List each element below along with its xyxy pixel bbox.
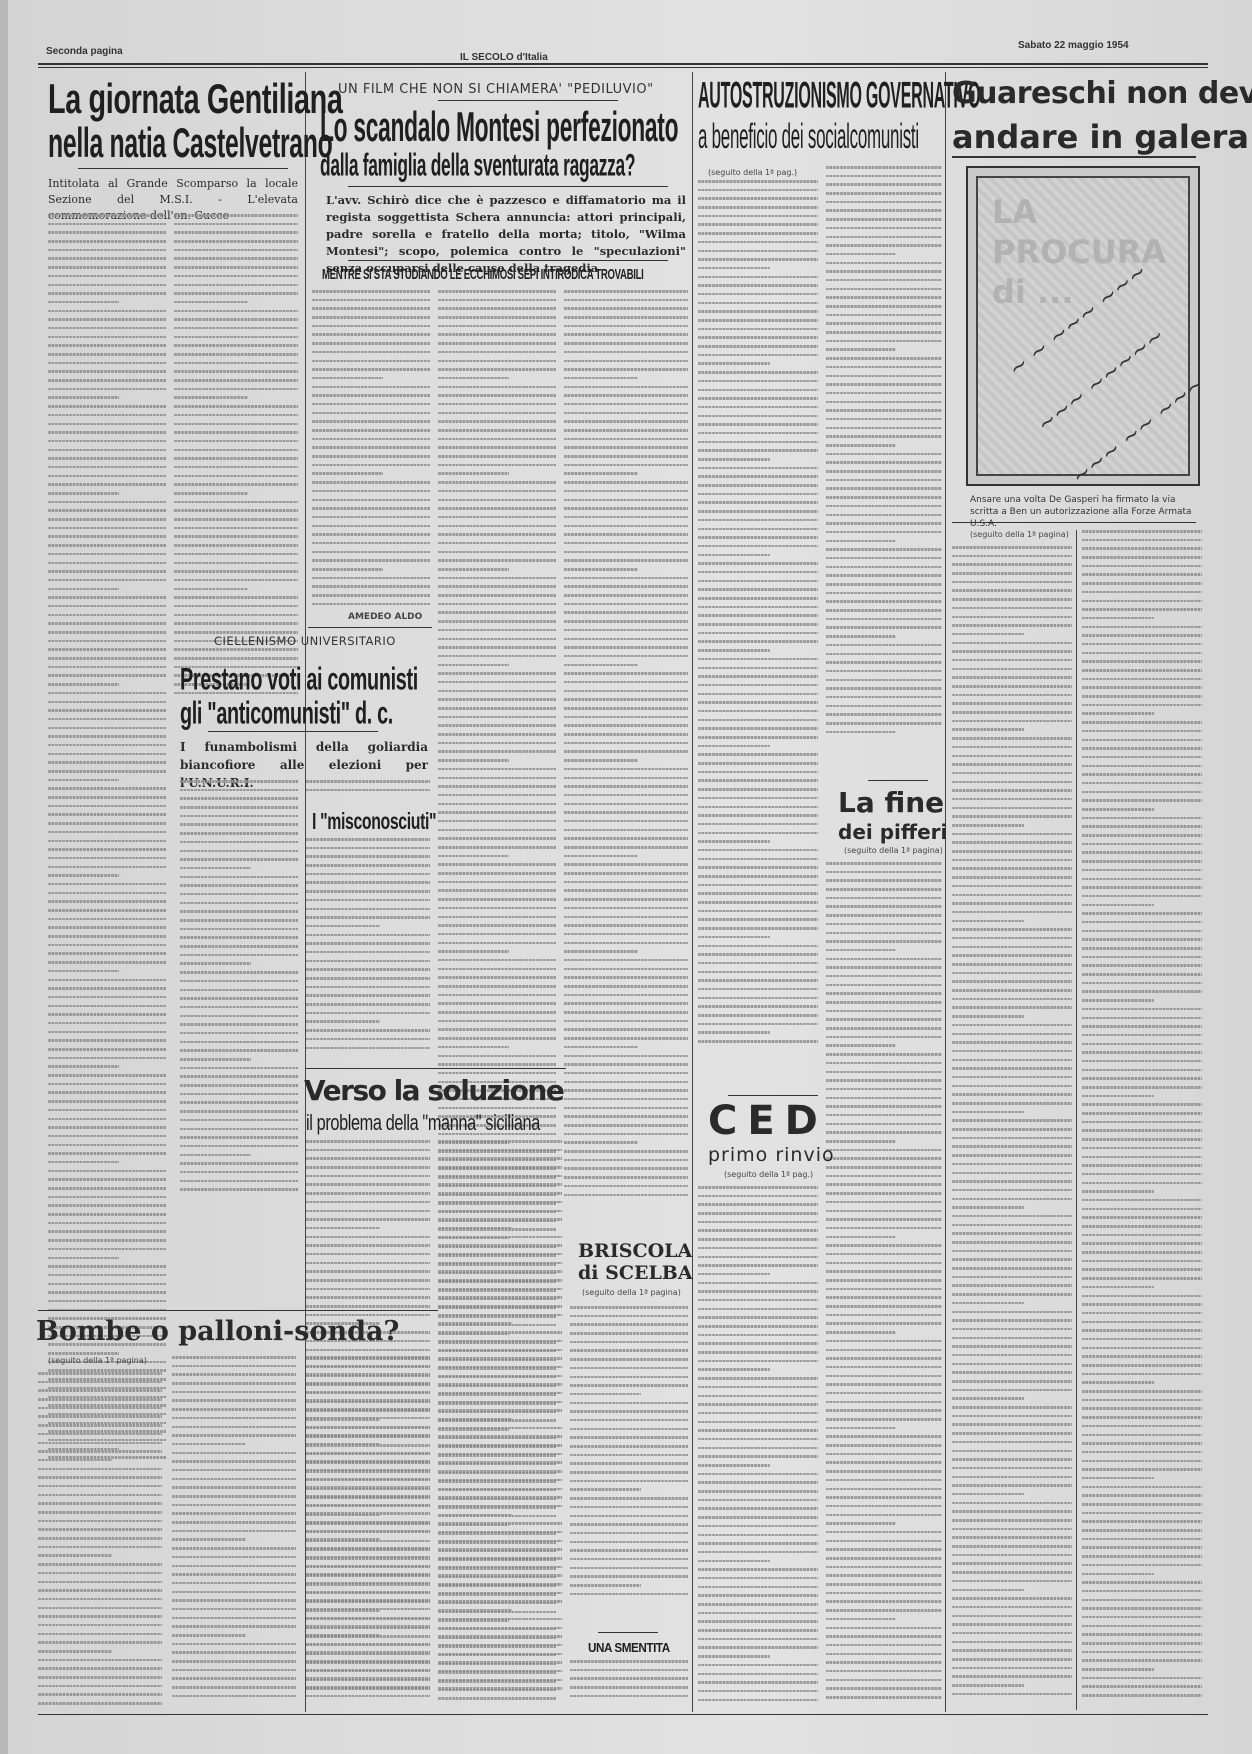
body-text-line (826, 444, 896, 447)
body-text-line (180, 789, 298, 792)
body-text-line (306, 1020, 380, 1023)
body-text-line (438, 1435, 562, 1438)
body-text-line (38, 1650, 112, 1653)
body-text-line (698, 588, 818, 591)
misconosciuti-body (306, 838, 430, 1058)
body-text-line (38, 1502, 162, 1505)
body-text-line (952, 1093, 1072, 1096)
body-text-line (826, 1010, 942, 1013)
body-text-line (570, 1462, 688, 1465)
body-text-line (570, 1402, 688, 1405)
body-text-line (48, 1213, 166, 1216)
body-text-line (1082, 1199, 1202, 1202)
body-text-line (952, 1258, 1072, 1261)
body-text-line (438, 1107, 556, 1110)
body-text-line (312, 577, 430, 580)
body-text-line (1082, 652, 1202, 655)
body-text-line (48, 848, 166, 851)
body-text-line (570, 1488, 641, 1491)
body-text-line (952, 937, 1072, 940)
body-text-line (1082, 1494, 1202, 1497)
body-text-line (306, 1296, 430, 1299)
body-text-line (438, 1461, 562, 1464)
body-text-line (826, 1627, 942, 1630)
body-text-line (698, 606, 818, 609)
body-text-line (172, 1695, 296, 1698)
divider (38, 1310, 438, 1311)
body-text-line (570, 1471, 688, 1474)
body-text-line (826, 1392, 942, 1395)
body-text-line (38, 1693, 162, 1696)
body-text-line (48, 1031, 166, 1034)
body-text-line (172, 1504, 296, 1507)
body-text-line (438, 1210, 562, 1213)
body-text-line (952, 1510, 1072, 1513)
body-text-line (306, 789, 430, 792)
body-text-line (952, 1154, 1072, 1157)
body-text-line (438, 1063, 556, 1066)
body-text-line (438, 777, 556, 780)
body-text-line (180, 1006, 298, 1009)
body-text-line (306, 916, 430, 919)
body-text-line (180, 1154, 251, 1157)
body-text-line (1082, 904, 1154, 907)
body-text-line (570, 1593, 688, 1596)
body-text-line (174, 579, 298, 582)
body-text-line (438, 472, 509, 475)
body-text-line (438, 698, 556, 701)
body-text-line (438, 464, 556, 467)
body-text-line (826, 1340, 942, 1343)
body-text-line (952, 1458, 1072, 1461)
body-text-line (48, 1091, 166, 1094)
body-text-line (172, 1556, 296, 1559)
body-text-line (826, 1435, 942, 1438)
body-text-line (826, 1201, 942, 1204)
body-text-line (1082, 1347, 1202, 1350)
body-text-line (172, 1356, 296, 1359)
body-text-line (564, 551, 688, 554)
body-text-line (826, 1071, 942, 1074)
body-text-line (172, 1608, 296, 1611)
body-text-line (570, 1506, 688, 1509)
body-text-line (438, 1270, 562, 1273)
body-text-line (564, 707, 688, 710)
body-text-line (306, 1003, 430, 1006)
body-text-line (438, 1253, 562, 1256)
body-text-line (952, 616, 1072, 619)
body-text-line (1082, 1616, 1202, 1619)
body-text-line (570, 1532, 688, 1535)
body-text-line (952, 1215, 1072, 1218)
body-text-line (38, 1468, 162, 1471)
body-text-line (306, 1012, 430, 1015)
body-text-line (38, 1407, 162, 1410)
body-text-line (564, 933, 688, 936)
body-text-line (564, 377, 638, 380)
body-text-line (1082, 1486, 1202, 1489)
body-text-line (306, 1521, 430, 1524)
body-text-line (438, 1349, 562, 1352)
body-text-line (826, 1548, 942, 1551)
body-text-line (48, 900, 166, 903)
body-text-line (48, 475, 166, 478)
body-text-line (48, 1126, 166, 1129)
body-text-line (564, 872, 688, 875)
body-text-line (570, 1497, 688, 1500)
body-text-line (564, 1020, 688, 1023)
body-text-line (38, 1537, 162, 1540)
body-text-line (826, 270, 942, 273)
body-text-line (1082, 1399, 1202, 1402)
body-text-line (48, 214, 166, 217)
body-text-line (48, 614, 166, 617)
body-text-line (38, 1415, 162, 1418)
body-text-line (438, 1661, 562, 1664)
body-text-line (826, 1401, 942, 1404)
body-text-line (172, 1669, 296, 1672)
body-text-line (564, 1046, 638, 1049)
body-text-line (826, 618, 942, 621)
body-text-line (306, 864, 430, 867)
body-text-line (48, 379, 166, 382)
body-text-line (826, 1418, 942, 1421)
body-text-line (952, 1276, 1072, 1279)
body-text-line (698, 449, 818, 452)
body-text-line (952, 755, 1072, 758)
body-text-line (826, 897, 942, 900)
body-text-line (48, 431, 166, 434)
body-text-line (564, 1055, 688, 1058)
body-text-line (1082, 573, 1202, 576)
body-text-line (564, 994, 688, 997)
body-text-line (698, 693, 818, 696)
body-text-line (570, 1669, 688, 1672)
body-text-line (698, 771, 818, 774)
body-text-line (180, 1180, 298, 1183)
body-text-line (826, 505, 942, 508)
body-text-line (826, 1531, 942, 1534)
body-text-line (48, 231, 166, 234)
body-text-line (438, 690, 556, 693)
body-text-line (174, 336, 298, 339)
body-text-line (1082, 869, 1202, 872)
body-text-line (48, 666, 166, 669)
body-text-line (698, 580, 818, 583)
body-text-line (180, 1188, 298, 1191)
fine-pifferi-headline-1: La fine (838, 786, 944, 819)
body-text-line (698, 945, 818, 948)
body-text-line (826, 1314, 942, 1317)
body-text-line (564, 942, 688, 945)
body-text-line (570, 1445, 688, 1448)
body-text-line (306, 1478, 430, 1481)
body-text-line (174, 257, 298, 260)
body-text-line (38, 1398, 162, 1401)
body-text-line (826, 1157, 942, 1160)
body-text-line (952, 1293, 1072, 1296)
body-text-line (564, 542, 688, 545)
body-text-line (48, 709, 166, 712)
body-text-line (438, 559, 556, 562)
body-text-line (826, 1114, 942, 1117)
body-text-line (1082, 704, 1202, 707)
body-text-line (1082, 1251, 1202, 1254)
body-text-line (826, 1687, 942, 1690)
body-text-line (438, 1028, 556, 1031)
body-text-line (180, 867, 251, 870)
body-text-line (306, 1356, 430, 1359)
body-text-line (698, 293, 818, 296)
body-text-line (826, 201, 942, 204)
body-text-line (826, 592, 942, 595)
body-text-line (1082, 886, 1202, 889)
column-divider (1076, 530, 1077, 1710)
body-text-line (698, 1014, 818, 1017)
body-text-line (312, 603, 430, 606)
body-text-line (826, 288, 942, 291)
body-text-line (1082, 1373, 1202, 1376)
body-text-line (826, 1592, 942, 1595)
body-text-line (952, 1597, 1072, 1600)
photo-frame: LA PROCURA di ... ~ ~ ~~~ ~~~ ~~~ ~~~~~ … (976, 176, 1190, 476)
body-text-line (952, 650, 1072, 653)
body-text-line (564, 472, 638, 475)
body-text-line (48, 648, 166, 651)
body-text-line (826, 713, 942, 716)
body-text-line (826, 453, 942, 456)
body-text-line (698, 189, 818, 192)
body-text-line (698, 1542, 818, 1545)
body-text-line (48, 718, 166, 721)
body-text-line (174, 614, 298, 617)
body-text-line (952, 668, 1072, 671)
body-text-line (48, 605, 166, 608)
body-text-line (438, 681, 556, 684)
body-text-line (48, 1039, 166, 1042)
body-text-line (180, 1162, 298, 1165)
body-text-line (952, 867, 1072, 870)
body-text-line (698, 362, 770, 365)
montesi-body-col3 (564, 290, 688, 1210)
body-text-line (312, 342, 430, 345)
body-text-line (48, 501, 166, 504)
bombe-headline: Bombe o palloni-sonda? (36, 1316, 399, 1347)
body-text-line (38, 1511, 162, 1514)
body-text-line (180, 1049, 298, 1052)
body-text-line (826, 670, 942, 673)
body-text-line (48, 640, 166, 643)
body-text-line (38, 1450, 162, 1453)
body-text-line (1082, 1025, 1202, 1028)
body-text-line (48, 449, 166, 452)
body-text-line (826, 949, 896, 952)
body-text-line (48, 918, 166, 921)
body-text-line (438, 976, 556, 979)
body-text-line (698, 684, 818, 687)
body-text-line (48, 353, 166, 356)
body-text-line (1082, 1364, 1202, 1367)
body-text-line (698, 223, 818, 226)
body-text-line (564, 1037, 688, 1040)
body-text-line (174, 449, 298, 452)
body-text-line (48, 1161, 119, 1164)
body-text-line (698, 441, 818, 444)
body-text-line (564, 507, 688, 510)
body-text-line (952, 1658, 1072, 1661)
fine-pifferi-continued: (seguito della 1ª pagina) (844, 846, 943, 855)
body-text-line (570, 1410, 688, 1413)
body-text-line (180, 1128, 298, 1131)
body-text-line (698, 1638, 818, 1641)
body-text-line (826, 992, 942, 995)
body-text-line (180, 945, 298, 948)
body-text-line (48, 1204, 166, 1207)
body-text-line (826, 1166, 942, 1169)
body-text-line (438, 1444, 562, 1447)
body-text-line (174, 388, 298, 391)
body-text-line (952, 1284, 1072, 1287)
body-text-line (952, 902, 1072, 905)
body-text-line (306, 1166, 430, 1169)
body-text-line (1082, 999, 1154, 1002)
body-text-line (826, 635, 896, 638)
body-text-line (564, 638, 688, 641)
body-text-line (564, 1063, 688, 1066)
body-text-line (952, 998, 1072, 1001)
body-text-line (826, 1470, 942, 1473)
body-text-line (564, 716, 688, 719)
body-text-line (180, 806, 298, 809)
body-text-line (826, 871, 942, 874)
body-text-line (312, 490, 430, 493)
body-text-line (698, 727, 818, 730)
body-text-line (564, 499, 688, 502)
body-text-line (564, 829, 688, 832)
body-text-line (1082, 921, 1202, 924)
body-text-line (564, 577, 688, 580)
body-text-line (826, 1427, 896, 1430)
body-text-line (174, 405, 298, 408)
body-text-line (438, 516, 556, 519)
body-text-line (48, 1300, 166, 1303)
body-text-line (1082, 547, 1202, 550)
body-text-line (172, 1365, 296, 1368)
body-text-line (180, 841, 298, 844)
body-text-line (952, 954, 1072, 957)
body-text-line (38, 1424, 162, 1427)
body-text-line (48, 631, 166, 634)
body-text-line (698, 866, 818, 869)
body-text-line (438, 811, 556, 814)
body-text-line (438, 672, 556, 675)
body-text-line (952, 928, 1072, 931)
montesi-subhead: MENTRE SI STA STUDIANDO LE ECCHIMOSI SEP… (322, 266, 644, 283)
body-text-line (438, 829, 556, 832)
body-text-line (698, 432, 818, 435)
body-text-line (564, 333, 688, 336)
body-text-line (172, 1426, 296, 1429)
body-text-line (698, 1586, 818, 1589)
body-text-line (48, 770, 166, 773)
ced-body (698, 1186, 818, 1710)
body-text-line (1082, 1381, 1154, 1384)
body-text-line (826, 1696, 942, 1699)
body-text-line (174, 492, 248, 495)
body-text-line (952, 1606, 1072, 1609)
body-text-line (174, 214, 298, 217)
body-text-line (172, 1591, 296, 1594)
briscola-body (570, 1306, 688, 1606)
body-text-line (952, 1545, 1072, 1548)
body-text-line (306, 1201, 430, 1204)
body-text-line (180, 1015, 298, 1018)
body-text-line (48, 840, 166, 843)
issue-date: Sabato 22 maggio 1954 (1018, 40, 1129, 51)
body-text-line (570, 1315, 688, 1318)
body-text-line (952, 911, 1072, 914)
body-text-line (438, 386, 556, 389)
body-text-line (826, 1027, 942, 1030)
body-text-line (180, 1171, 298, 1174)
body-text-line (698, 319, 818, 322)
body-text-line (48, 310, 166, 313)
body-text-line (48, 275, 166, 278)
body-text-line (952, 1641, 1072, 1644)
body-text-line (438, 1375, 562, 1378)
briscola-continued: (seguito della 1ª pagina) (582, 1288, 681, 1297)
body-text-line (564, 629, 688, 632)
body-text-line (952, 824, 1024, 827)
body-text-line (826, 905, 942, 908)
body-text-line (438, 603, 556, 606)
body-text-line (564, 594, 688, 597)
body-text-line (438, 1020, 556, 1023)
body-text-line (312, 351, 430, 354)
body-text-line (826, 487, 942, 490)
body-text-line (1082, 1642, 1202, 1645)
body-text-line (306, 1695, 430, 1698)
body-text-line (952, 1649, 1072, 1652)
ciellenismo-headline-2: gli "anticomunisti" d. c. (180, 696, 393, 732)
body-text-line (1082, 973, 1202, 976)
body-text-line (306, 1677, 430, 1680)
body-text-line (826, 244, 942, 247)
body-text-line (438, 377, 509, 380)
body-text-line (48, 570, 166, 573)
body-text-line (826, 540, 896, 543)
body-text-line (48, 892, 166, 895)
body-text-line (48, 909, 166, 912)
montesi-kicker: UN FILM CHE NON SI CHIAMERA' "PEDILUVIO" (338, 82, 654, 97)
body-text-line (306, 899, 430, 902)
body-text-line (306, 1244, 430, 1247)
body-text-line (48, 318, 166, 321)
body-text-line (38, 1598, 162, 1601)
body-text-line (564, 516, 688, 519)
body-text-line (38, 1572, 162, 1575)
body-text-line (570, 1376, 688, 1379)
body-text-line (172, 1469, 296, 1472)
body-text-line (564, 907, 688, 910)
body-text-line (180, 1084, 298, 1087)
body-text-line (172, 1460, 296, 1463)
body-text-line (38, 1581, 162, 1584)
body-text-line (564, 620, 688, 623)
body-text-line (438, 994, 556, 997)
body-text-line (826, 1192, 942, 1195)
body-text-line (698, 258, 818, 261)
